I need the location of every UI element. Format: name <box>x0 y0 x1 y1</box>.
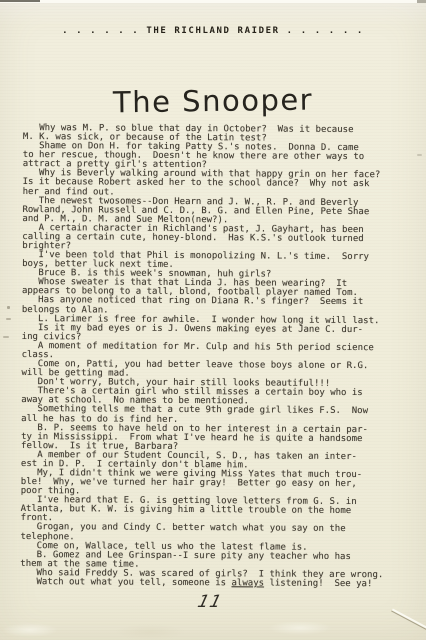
scan-edge-shadow <box>0 0 40 2</box>
pencil-mark <box>6 318 11 320</box>
paper-mottling <box>0 614 426 640</box>
article-paragraph: Shame on Don H. for taking Patty S.'s no… <box>23 142 408 172</box>
page-number: 11 <box>196 592 225 612</box>
scan-edge-highlight <box>0 0 426 3</box>
scan-corner-speck <box>417 0 426 3</box>
article-paragraph: A certain character in Richland's past, … <box>22 224 407 254</box>
pencil-mark <box>3 336 9 338</box>
closing-underlined-word: always <box>231 578 264 588</box>
masthead-title: . . . . . . THE RICHLAND RAIDER . . . . … <box>0 26 426 36</box>
pencil-mark <box>7 306 10 309</box>
article-paragraph: B. P. seems to have held on to her inter… <box>21 424 406 454</box>
article-paragraph: I've heard that E. G. is getting love le… <box>21 496 406 526</box>
closing-text-pre: Watch out what you tell, someone is <box>20 577 231 588</box>
article-paragraph: Why is Beverly walking around with that … <box>23 169 408 199</box>
article-body: Why was M. P. so blue that day in Octobe… <box>20 124 408 589</box>
article-paragraph: My, I didn't think we were giving Miss Y… <box>21 469 406 499</box>
article-paragraph: The newest twosomes--Don Hearn and J. W.… <box>22 197 407 227</box>
pencil-mark <box>417 154 422 156</box>
closing-text-post: listening! See ya! <box>264 578 372 589</box>
article-title: The Snooper <box>113 83 314 120</box>
article-closing-line: Watch out what you tell, someone is alwa… <box>20 578 405 589</box>
scanned-newspaper-page: . . . . . . THE RICHLAND RAIDER . . . . … <box>0 0 426 640</box>
